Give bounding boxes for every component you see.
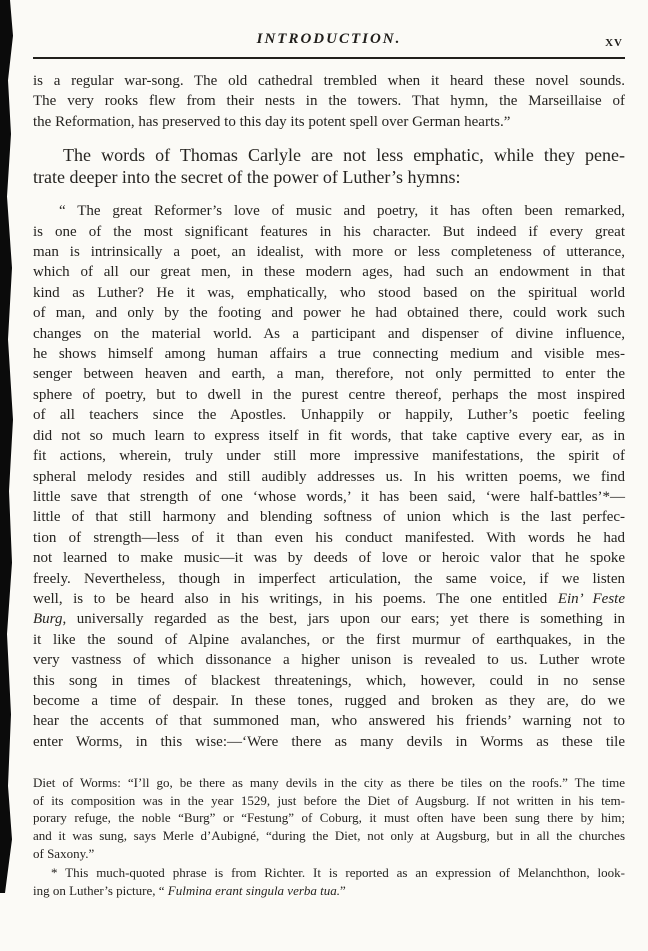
text-segment: spheral melody resides and still audibly… — [33, 469, 625, 485]
paragraph-carlyle-intro: The words of Thomas Carlyle are not less… — [33, 144, 625, 188]
text-line: this song in times of blackest threateni… — [33, 671, 625, 691]
text-segment: trate deeper into the secret of the powe… — [33, 167, 461, 187]
text-line: The words of Thomas Carlyle are not less… — [33, 144, 625, 166]
italic-text: Fulmina erant singula verba tua. — [168, 883, 340, 898]
text-segment: this song in times of blackest threateni… — [33, 673, 625, 689]
text-segment: it like the sound of Alpine avalanches, … — [33, 632, 625, 648]
text-segment: very vastness of which dissonance a high… — [33, 652, 625, 668]
text-segment: and it was sung, says Merle d’Aubigné, “… — [33, 828, 625, 843]
text-segment: little save that strength of one ‘whose … — [33, 489, 625, 505]
text-line: sphere of poetry, but to dwell in the pu… — [33, 385, 625, 405]
text-segment: Diet of Worms: “I’ll go, be there as man… — [33, 775, 625, 790]
text-segment: The very rooks flew from their nests in … — [33, 93, 625, 109]
text-segment: of Saxony.” — [33, 846, 94, 861]
text-line: kind as Luther? He it was, emphatically,… — [33, 283, 625, 303]
text-segment: senger between heaven and earth, a man, … — [33, 366, 625, 382]
text-segment: of its composition was in the year 1529,… — [33, 793, 625, 808]
text-segment: , universally regarded as the best, jars… — [62, 611, 625, 627]
text-line: very vastness of which dissonance a high… — [33, 650, 625, 670]
text-line: is one of the most significant features … — [33, 222, 625, 242]
text-segment: well, is to be heard also in his writing… — [33, 591, 558, 607]
text-line: ing on Luther’s picture, “ Fulmina erant… — [33, 882, 625, 900]
text-line: he shows himself among human affairs a t… — [33, 344, 625, 364]
text-line: * This much-quoted phrase is from Richte… — [33, 864, 625, 882]
text-line: Burg, universally regarded as the best, … — [33, 609, 625, 629]
italic-text: Burg — [33, 611, 62, 627]
text-line: porary refuge, the noble “Burg” or “Fest… — [33, 809, 625, 827]
footnote-diet-of-worms: Diet of Worms: “I’ll go, be there as man… — [33, 774, 625, 862]
text-segment: is one of the most significant features … — [33, 224, 625, 240]
text-segment: did not so much learn to express itself … — [33, 428, 625, 444]
text-segment: enter Worms, in this wise:—‘Were there a… — [33, 734, 625, 750]
text-segment: he shows himself among human affairs a t… — [33, 346, 625, 362]
text-line: it like the sound of Alpine avalanches, … — [33, 630, 625, 650]
text-segment: kind as Luther? He it was, emphatically,… — [33, 285, 625, 301]
text-segment: is a regular war-song. The old cathedral… — [33, 73, 625, 89]
text-line: did not so much learn to express itself … — [33, 426, 625, 446]
text-line: of its composition was in the year 1529,… — [33, 792, 625, 810]
text-line: of Saxony.” — [33, 845, 625, 863]
text-line: is a regular war-song. The old cathedral… — [33, 71, 625, 91]
text-line: trate deeper into the secret of the powe… — [33, 166, 625, 188]
page-number: xv — [605, 34, 623, 51]
text-segment: The words of Thomas Carlyle are not less… — [63, 145, 625, 165]
paragraph-carlyle-quote: “ The great Reformer’s love of music and… — [33, 201, 625, 752]
text-line: freely. Nevertheless, though in imperfec… — [33, 569, 625, 589]
text-segment: ing on Luther’s picture, “ — [33, 883, 168, 898]
text-segment: freely. Nevertheless, though in imperfec… — [33, 571, 625, 587]
text-segment: ” — [340, 883, 346, 898]
text-segment: “ The great Reformer’s love of music and… — [59, 203, 625, 219]
text-line: not learned to make music—it was by deed… — [33, 548, 625, 568]
text-line: tion of strength—less of it than even hi… — [33, 528, 625, 548]
text-line: of man, and only by the footing and powe… — [33, 303, 625, 323]
paragraph-heine-quote-end: is a regular war-song. The old cathedral… — [33, 71, 625, 132]
text-segment: little of that still harmony and blendin… — [33, 509, 625, 525]
text-line: the Reformation, has preserved to this d… — [33, 112, 625, 132]
scan-gutter-shadow — [0, 0, 14, 893]
text-line: little save that strength of one ‘whose … — [33, 487, 625, 507]
text-segment: which of all our great men, in these mod… — [33, 264, 625, 280]
footnote-richter-asterisk: * This much-quoted phrase is from Richte… — [33, 864, 625, 899]
text-segment: of all teachers since the Apostles. Unha… — [33, 407, 625, 423]
text-segment: man is intrinsically a poet, an idealist… — [33, 244, 625, 260]
page-title: INTRODUCTION. — [33, 31, 625, 48]
text-line: of all teachers since the Apostles. Unha… — [33, 405, 625, 425]
text-line: enter Worms, in this wise:—‘Were there a… — [33, 732, 625, 752]
text-line: little of that still harmony and blendin… — [33, 507, 625, 527]
text-line: changes on the material world. As a part… — [33, 324, 625, 344]
text-line: “ The great Reformer’s love of music and… — [33, 201, 625, 221]
text-line: man is intrinsically a poet, an idealist… — [33, 242, 625, 262]
text-segment: not learned to make music—it was by deed… — [33, 550, 625, 566]
text-line: fit actions, wherein, truly under still … — [33, 446, 625, 466]
text-line: well, is to be heard also in his writing… — [33, 589, 625, 609]
text-line: become a time of despair. In these tones… — [33, 691, 625, 711]
text-line: which of all our great men, in these mod… — [33, 262, 625, 282]
text-line: senger between heaven and earth, a man, … — [33, 364, 625, 384]
header-rule — [33, 57, 625, 59]
text-segment: * This much-quoted phrase is from Richte… — [51, 865, 625, 880]
running-header: INTRODUCTION. xv — [33, 31, 625, 51]
text-line: and it was sung, says Merle d’Aubigné, “… — [33, 827, 625, 845]
text-segment: of man, and only by the footing and powe… — [33, 305, 625, 321]
text-segment: hear the accents of that summoned man, w… — [33, 713, 625, 729]
text-segment: fit actions, wherein, truly under still … — [33, 448, 625, 464]
text-line: spheral melody resides and still audibly… — [33, 467, 625, 487]
text-segment: porary refuge, the noble “Burg” or “Fest… — [33, 810, 625, 825]
footnotes-section: Diet of Worms: “I’ll go, be there as man… — [33, 774, 625, 899]
text-segment: the Reformation, has preserved to this d… — [33, 114, 510, 130]
text-segment: sphere of poetry, but to dwell in the pu… — [33, 387, 625, 403]
text-segment: become a time of despair. In these tones… — [33, 693, 625, 709]
text-line: The very rooks flew from their nests in … — [33, 91, 625, 111]
text-line: hear the accents of that summoned man, w… — [33, 711, 625, 731]
text-segment: changes on the material world. As a part… — [33, 326, 625, 342]
italic-text: Ein’ Feste — [558, 591, 625, 607]
book-page: INTRODUCTION. xv is a regular war-song. … — [0, 0, 648, 951]
text-segment: tion of strength—less of it than even hi… — [33, 530, 625, 546]
text-line: Diet of Worms: “I’ll go, be there as man… — [33, 774, 625, 792]
